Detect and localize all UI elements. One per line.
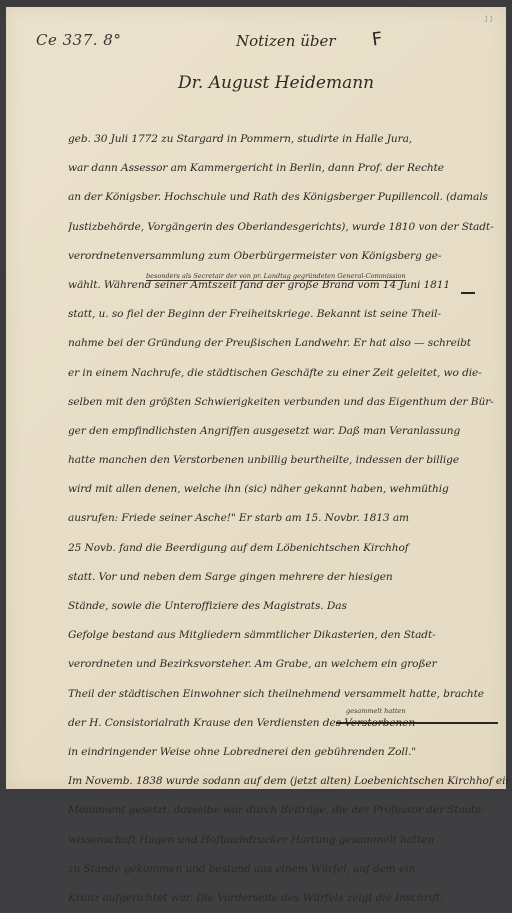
text-line: Im Novemb. 1838 wurde sodann auf dem (je… [68,767,508,796]
interlinear-insertion: gesammelt hatten [346,707,405,715]
title-line-1: Notizen über [236,32,336,50]
strikethrough-mark [461,292,475,294]
text-line: ausrufen: Friede seiner Asche!" Er starb… [68,504,508,533]
text-line: Stände, sowie die Unteroffiziere des Mag… [68,592,508,621]
text-line: hatte manchen den Verstorbenen unbillig … [68,446,508,475]
interlinear-insertion: besonders als Secretair der von pr. Land… [146,272,406,281]
corner-mark: F [371,28,384,50]
shelfmark: Ce 337. 8° [36,31,121,49]
text-line: er in einem Nachrufe, die städtischen Ge… [68,359,508,388]
text-line: wird mit allen denen, welche ihn (sic) n… [68,475,508,504]
text-line: nahme bei der Gründung der Preußischen L… [68,329,508,358]
manuscript-page: 11 Ce 337. 8° Notizen über F Dr. August … [6,7,506,789]
folio-number: 11 [484,15,494,24]
text-line: verordneten und Bezirksvorsteher. Am Gra… [68,650,508,679]
text-line: an der Königsber. Hochschule und Rath de… [68,183,508,212]
text-line: Justizbehörde, Vorgängerin des Oberlande… [68,213,508,242]
text-line: statt, u. so fiel der Beginn der Freihei… [68,300,508,329]
text-line: ger den empfindlichsten Angriffen ausges… [68,417,508,446]
text-line: geb. 30 Juli 1772 zu Stargard in Pommern… [68,125,508,154]
manuscript-body: geb. 30 Juli 1772 zu Stargard in Pommern… [68,125,508,800]
strikethrough-mark [336,722,498,724]
text-line: in eindringender Weise ohne Lobrednerei … [68,738,508,767]
text-line: Monument gesetzt; dasselbe war durch Bei… [68,796,508,800]
title-line-2: Dr. August Heidemann [178,73,374,93]
text-line: Theil der städtischen Einwohner sich the… [68,680,508,709]
text-line: verordnetenversammlung zum Oberbürgermei… [68,242,508,271]
text-line: selben mit den größten Schwierigkeiten v… [68,388,508,417]
text-line: 25 Novb. fand die Beerdigung auf dem Löb… [68,534,508,563]
text-line: statt. Vor und neben dem Sarge gingen me… [68,563,508,592]
text-line: Gefolge bestand aus Mitgliedern sämmtlic… [68,621,508,650]
text-line: war dann Assessor am Kammergericht in Be… [68,154,508,183]
